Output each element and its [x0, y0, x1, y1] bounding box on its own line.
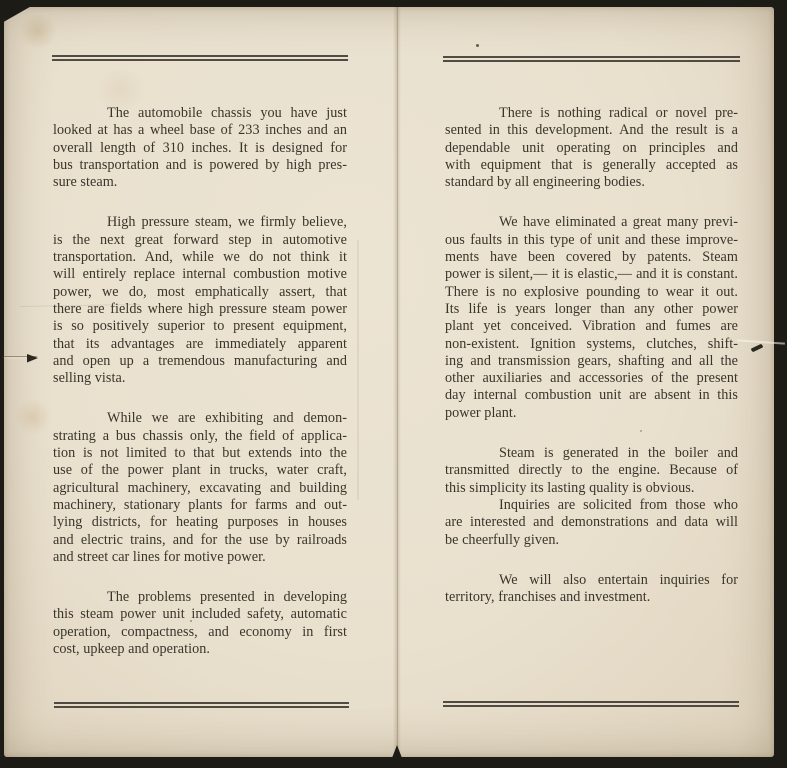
paper-stain	[18, 14, 58, 48]
text-line: Inquiries are solicited from those who	[445, 497, 738, 514]
text-line: The problems presented in developing	[53, 589, 347, 606]
text-line: ments have been covered by patents. Stea…	[445, 249, 738, 266]
center-fold-crease	[397, 7, 398, 757]
text-line: other auxiliaries and accessories of the…	[445, 370, 738, 387]
text-line: strating a bus chassis only, the field o…	[53, 428, 347, 445]
center-fold-notch	[392, 745, 402, 758]
text-line: will entirely replace internal combustio…	[53, 266, 347, 283]
text-line: There is nothing radical or novel pre-	[445, 105, 738, 122]
text-line: power, we do, most emphatically assert, …	[53, 284, 347, 301]
paragraph: Inquiries are solicited from those whoar…	[445, 497, 738, 549]
text-line: use of the power plant in trucks, water …	[53, 462, 347, 479]
text-line: High pressure steam, we firmly believe,	[53, 214, 347, 231]
paragraph: While we are exhibiting and demon-strati…	[53, 410, 347, 566]
paragraph: The problems presented in developingthis…	[53, 589, 347, 658]
text-line: are interested and demonstrations and da…	[445, 514, 738, 531]
paper-stain	[14, 400, 52, 434]
text-line: is the next great forward step in automo…	[53, 232, 347, 249]
top-rule-left-page	[52, 55, 348, 61]
right-page-text: There is nothing radical or novel pre-se…	[445, 105, 738, 606]
text-line: and open up a tremendous manufacturing a…	[53, 353, 347, 370]
text-line: operation, compactness, and economy in f…	[53, 624, 347, 641]
text-line: Its life is years longer than any other …	[445, 301, 738, 318]
text-line: ing and transmission gears, shafting and…	[445, 353, 738, 370]
text-line: selling vista.	[53, 370, 347, 387]
text-line: territory, franchises and investment.	[445, 589, 738, 606]
bottom-rule-right-page	[443, 701, 739, 707]
text-line: plant yet conceived. Vibration and fumes…	[445, 318, 738, 335]
left-page-vertical-crease	[357, 240, 359, 500]
text-line: dependable unit operating on principles …	[445, 140, 738, 157]
text-line: agricultural machinery, excavating and b…	[53, 480, 347, 497]
text-line: sure steam.	[53, 174, 347, 191]
text-line: machinery, stationary plants for farms a…	[53, 497, 347, 514]
text-line: and electric trains, and for the use by …	[53, 532, 347, 549]
text-line: with equipment that is generally accepte…	[445, 157, 738, 174]
left-page-text: The automobile chassis you have justlook…	[53, 105, 347, 658]
bottom-rule-left-page	[54, 702, 349, 708]
text-line: lying districts, for heating purposes in…	[53, 514, 347, 531]
text-line: this simplicity its lasting quality is o…	[445, 480, 738, 497]
text-line: this steam power unit included safety, a…	[53, 606, 347, 623]
text-line: day internal combustion unit are absent …	[445, 387, 738, 404]
paper-stain	[90, 70, 150, 110]
paragraph: There is nothing radical or novel pre-se…	[445, 105, 738, 191]
text-line: Steam is generated in the boiler and	[445, 445, 738, 462]
text-line: transportation. And, while we do not thi…	[53, 249, 347, 266]
text-line: looked at has a wheel base of 233 inches…	[53, 122, 347, 139]
text-line: We have eliminated a great many previ-	[445, 214, 738, 231]
paragraph: The automobile chassis you have justlook…	[53, 105, 347, 191]
text-line: bus transportation and is powered by hig…	[53, 157, 347, 174]
text-line: is so positively superior to present equ…	[53, 318, 347, 335]
text-line: transmitted directly to the engine. Beca…	[445, 462, 738, 479]
text-line: There is no explosive pounding to wear i…	[445, 284, 738, 301]
text-line: be cheerfully given.	[445, 532, 738, 549]
paper-speck	[476, 44, 479, 47]
text-line: there are fields where high pressure ste…	[53, 301, 347, 318]
text-line: power plant.	[445, 405, 738, 422]
text-line: tion is not limited to that but extends …	[53, 445, 347, 462]
scanned-pamphlet: The automobile chassis you have justlook…	[0, 0, 787, 768]
paragraph: We will also entertain inquiries forterr…	[445, 572, 738, 607]
text-line: overall length of 310 inches. It is desi…	[53, 140, 347, 157]
paragraph: We have eliminated a great many previ-ou…	[445, 214, 738, 422]
paragraph: High pressure steam, we firmly believe,i…	[53, 214, 347, 387]
text-line: The automobile chassis you have just	[53, 105, 347, 122]
text-line: While we are exhibiting and demon-	[53, 410, 347, 427]
top-rule-right-page	[443, 56, 740, 62]
text-line: standard by all engineering bodies.	[445, 174, 738, 191]
text-line: non-existent. Ignition systems, clutches…	[445, 336, 738, 353]
text-line: We will also entertain inquiries for	[445, 572, 738, 589]
text-line: ous faults in this type of unit and thes…	[445, 232, 738, 249]
text-line: power is silent,— it is elastic,— and it…	[445, 266, 738, 283]
text-line: sented in this development. And the resu…	[445, 122, 738, 139]
text-line: cost, upkeep and operation.	[53, 641, 347, 658]
text-line: that its advantages are immediately appa…	[53, 336, 347, 353]
paragraph: Steam is generated in the boiler andtran…	[445, 445, 738, 497]
text-line: and street car lines for motive power.	[53, 549, 347, 566]
